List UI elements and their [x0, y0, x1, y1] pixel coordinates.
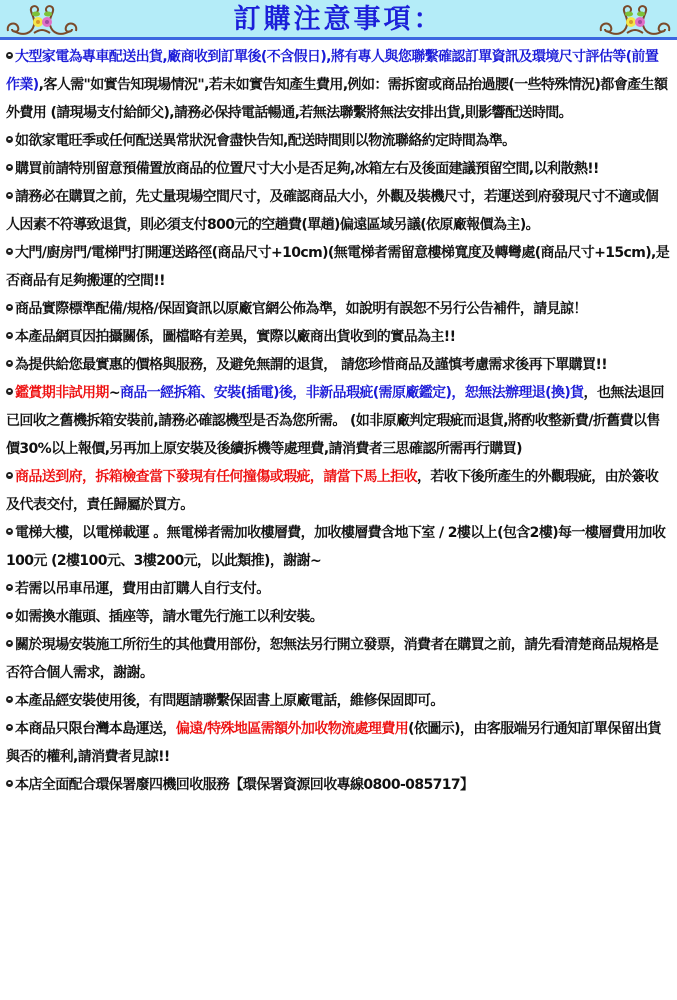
bullet-icon [6, 304, 13, 311]
bullet-icon [6, 248, 13, 255]
notice-item: 大門/廚房門/電梯門打開運送路徑(商品尺寸+10cm)(無電梯者需留意樓梯寬度及… [6, 239, 671, 295]
bullet-icon [6, 696, 13, 703]
bullet-icon [6, 388, 13, 395]
bullet-icon [6, 612, 13, 619]
bullet-icon [6, 136, 13, 143]
notice-item: 如需換水龍頭、插座等，請水電先行施工以利安裝。 [6, 603, 671, 631]
notice-item: 商品送到府，拆箱檢查當下發現有任何撞傷或瑕疵，請當下馬上拒收，若收下後所產生的外… [6, 463, 671, 519]
bullet-icon [6, 780, 13, 787]
bullet-icon [6, 164, 13, 171]
notice-item: 購買前請特別留意預備置放商品的位置尺寸大小是否足夠,冰箱左右及後面建議預留空間,… [6, 155, 671, 183]
notice-item: 本商品只限台灣本島運送，偏遠/特殊地區需額外加收物流處理費用(依圖示)，由客服端… [6, 715, 671, 771]
notice-item: 若需以吊車吊運，費用由訂購人自行支付。 [6, 575, 671, 603]
page-title: 訂購注意事項： [0, 2, 677, 38]
bullet-icon [6, 360, 13, 367]
notice-item: 如欲家電旺季或任何配送異常狀況會盡快告知,配送時間則以物流聯絡約定時間為準。 [6, 127, 671, 155]
bullet-icon [6, 52, 13, 59]
bullet-icon [6, 724, 13, 731]
bullet-icon [6, 192, 13, 199]
notice-item: 請務必在購買之前，先丈量現場空間尺寸，及確認商品大小，外觀及裝機尺寸，若運送到府… [6, 183, 671, 239]
bullet-icon [6, 332, 13, 339]
bullet-icon [6, 528, 13, 535]
notice-item: 本產品網頁因拍攝關係，圖檔略有差異，實際以廠商出貨收到的實品為主!! [6, 323, 671, 351]
notice-item: 鑑賞期非試用期~商品一經拆箱、安裝(插電)後，非新品瑕疵(需原廠鑑定)，恕無法辦… [6, 379, 671, 463]
notice-item: 本產品經安裝使用後，有問題請聯繫保固書上原廠電話，維修保固即可。 [6, 687, 671, 715]
notice-item: 關於現場安裝施工所衍生的其他費用部份，恕無法另行開立發票，消費者在購買之前，請先… [6, 631, 671, 687]
notice-header: 訂購注意事項： [0, 0, 677, 40]
notice-item: 為提供給您最實惠的價格與服務，及避免無謂的退貨， 請您珍惜商品及謹慎考慮需求後再… [6, 351, 671, 379]
bullet-icon [6, 584, 13, 591]
floral-ornament-icon [597, 3, 673, 37]
bullet-icon [6, 472, 13, 479]
notice-list: 大型家電為專車配送出貨,廠商收到訂單後(不含假日),將有專人與您聯繫確認訂單資訊… [0, 40, 677, 799]
notice-item: 商品實際標準配備/規格/保固資訊以原廠官網公佈為準，如說明有誤恕不另行公告補件，… [6, 295, 671, 323]
notice-item: 電梯大樓，以電梯載運 。無電梯者需加收樓層費，加收樓層費含地下室 / 2樓以上(… [6, 519, 671, 575]
notice-item: 本店全面配合環保署廢四機回收服務【環保署資源回收專線0800-085717】 [6, 771, 671, 799]
notice-item: 大型家電為專車配送出貨,廠商收到訂單後(不含假日),將有專人與您聯繫確認訂單資訊… [6, 43, 671, 127]
bullet-icon [6, 640, 13, 647]
